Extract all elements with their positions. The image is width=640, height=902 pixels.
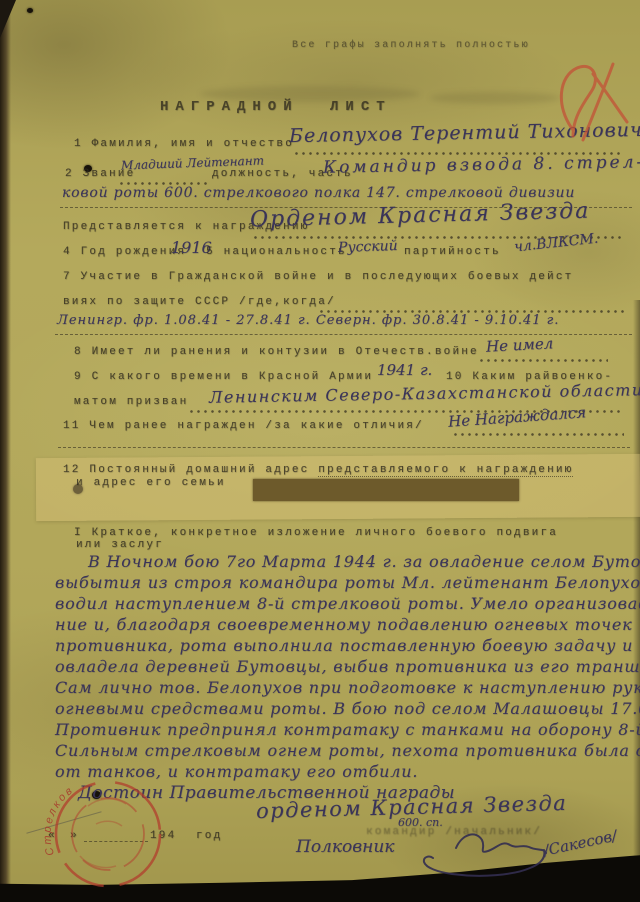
citation-line: Сам лично тов. Белопухов при подготовке …: [55, 678, 640, 697]
address-label-part2: представляемого к награждению: [318, 464, 573, 477]
award-sheet-page: Все графы заполнять полностью НАГРАДНОЙ …: [0, 0, 640, 902]
citation-line: ние и, благодаря своевременному подавлен…: [55, 615, 633, 634]
date-year-suffix: год: [196, 830, 222, 842]
party-label: партийность: [404, 246, 501, 258]
red-round-stamp: Стрелков: [36, 772, 186, 898]
citation-line: огневыми средствами роты. В бою под село…: [55, 699, 640, 718]
party-value: чл.ВЛКСМ.: [513, 231, 599, 256]
citation-line: Противник предпринял контратаку с танкам…: [55, 720, 640, 739]
fill-all-fields-note: Все графы заполнять полностью: [292, 40, 530, 51]
name-field-label: 1 Фамилия, имя и отчество: [74, 138, 294, 150]
signature-flourish: [408, 826, 548, 876]
citation-line: водил наступлением 8-й стрелковой роты. …: [55, 594, 640, 613]
nationality-label: 5 национальность: [206, 246, 347, 258]
citation-line: овладела деревней Бутовцы, выбив противн…: [55, 657, 640, 676]
dotted-leader: [452, 433, 624, 436]
citation-line: выбытия из строя командира роты Мл. лейт…: [55, 573, 640, 592]
previous-awards-value: Не Награждался: [448, 403, 587, 431]
wounds-label: 8 Имеет ли ранения и контузии в Отечеств…: [74, 346, 479, 358]
draft-value: Ленинским Северо-Казахстанской области: [209, 380, 640, 407]
citation-heading-line1: I Краткое, конкретное изложение личного …: [74, 527, 558, 539]
service-value: Ленингр. фр. 1.08.41 - 27.8.41 г. Северн…: [57, 313, 559, 328]
citation-line: В Ночном бою 7го Марта 1944 г. за овладе…: [88, 552, 640, 571]
address-label-part1: 12 Постоянный домашний адрес: [63, 464, 309, 476]
service-label-line2: виях по защите СССР /где,когда/: [63, 296, 336, 308]
in-army-since-value: 1941 г.: [377, 361, 432, 379]
award-field-value: Орденом Красная Звезда: [250, 199, 591, 233]
dashed-rule: [58, 447, 630, 448]
address-label-line2: и адрес его семьи: [76, 477, 226, 489]
redaction-box: [253, 479, 519, 501]
paper-left-edge: [0, 0, 11, 902]
nationality-value: Русский: [338, 238, 398, 256]
wounds-value: Не имел: [486, 334, 554, 355]
duty-field-value-line2: ковой роты 600. стрелкового полка 147. с…: [62, 185, 575, 201]
service-label-line1: 7 Участие в Гражданской войне и в послед…: [63, 271, 573, 283]
red-pencil-mark: [543, 58, 638, 148]
in-army-since-label: 9 С какого времени в Красной Армии: [74, 371, 373, 383]
signer-name: /Сакесов/: [542, 826, 619, 859]
citation-line: противника, рота выполнила поставленную …: [55, 636, 633, 655]
duty-field-value-line1: Командир взвода 8. стрел-: [323, 152, 640, 178]
ink-smudge: [430, 92, 560, 104]
dotted-leader: [478, 359, 608, 362]
birth-year-label: 4 Год рождения: [63, 246, 186, 258]
draft-label-line2: матом призван: [74, 396, 188, 408]
page-title: НАГРАДНОЙ ЛИСТ: [160, 99, 392, 115]
citation-heading-line2: или заслуг: [76, 539, 164, 551]
paper-speck: [27, 8, 33, 13]
address-label-line1: 12 Постоянный домашний адрес представляе…: [63, 464, 573, 476]
signer-rank: Полковник: [296, 837, 394, 857]
previous-awards-label: 11 Чем ранее награжден /за какие отличия…: [63, 420, 424, 432]
citation-line: Сильным стрелковым огнем роты, пехота пр…: [55, 741, 640, 760]
